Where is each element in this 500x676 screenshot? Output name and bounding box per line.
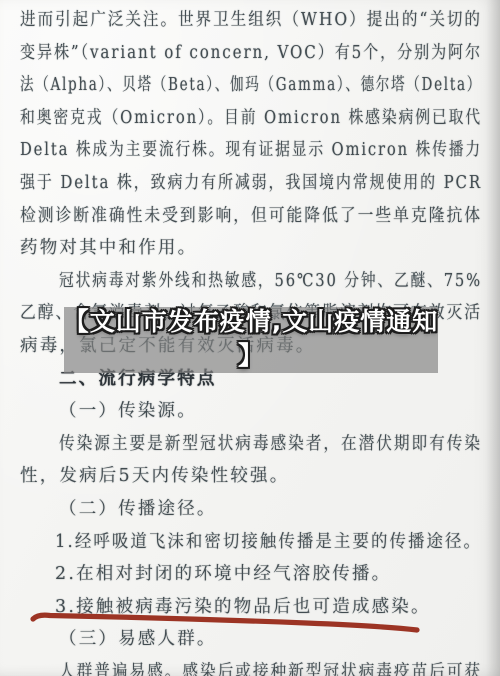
caption-line-2: 】 — [56, 339, 446, 373]
document-line: 和奥密克戎（Omicron）。目前 Omicron 株感染病例已取代 — [20, 106, 482, 130]
document-line: （一）传染源。 — [59, 399, 197, 423]
document-line: 检测诊断准确性未受到影响，但可能降低了一些单克隆抗体 — [20, 204, 482, 228]
document-line: 强于 Delta 株，致病力有所减弱，我国境内常规使用的 PCR — [20, 171, 482, 195]
caption-line-1: 【文山市发布疫情,文山疫情通知 — [56, 305, 446, 339]
document-photo: 进而引起广泛关注。世界卫生组织（WHO）提出的“关切的变异株”（variant … — [0, 0, 500, 676]
document-line: 1.经呼吸道飞沫和密切接触传播是主要的传播途径。 — [55, 530, 482, 554]
document-line: 传染源主要是新型冠状病毒感染者，在潜伏期即有传染 — [59, 432, 482, 456]
document-line: 法（Alpha）、贝塔（Beta）、伽玛（Gamma）、德尔塔（Delta） — [20, 73, 482, 97]
document-line: 冠状病毒对紫外线和热敏感，56℃30 分钟、乙醚、75% — [59, 269, 482, 293]
document-line: 2.在相对封闭的环境中经气溶胶传播。 — [55, 562, 391, 586]
caption-overlay: 【文山市发布疫情,文山疫情通知 】 — [56, 305, 446, 373]
document-line: （三）易感人群。 — [59, 627, 217, 651]
document-line: Delta 株成为主要流行株。现有证据显示 Omicron 株传播力 — [20, 138, 482, 162]
document-line: （二）传播途径。 — [59, 497, 217, 521]
document-line: 药物对其中和作用。 — [20, 236, 197, 260]
document-line: 性，发病后5天内传染性较强。 — [20, 464, 289, 488]
page-edge-shadow — [486, 0, 500, 676]
document-line: 进而引起广泛关注。世界卫生组织（WHO）提出的“关切的 — [20, 8, 482, 32]
document-line: 人群普遍易感。感染后或接种新型冠状病毒疫苗后可获 — [59, 660, 482, 676]
document-line: 变异株”（variant of concern, VOC）有5个，分别为阿尔 — [20, 41, 482, 65]
document-line: 3.接触被病毒污染的物品后也可造成感染。 — [55, 595, 431, 619]
